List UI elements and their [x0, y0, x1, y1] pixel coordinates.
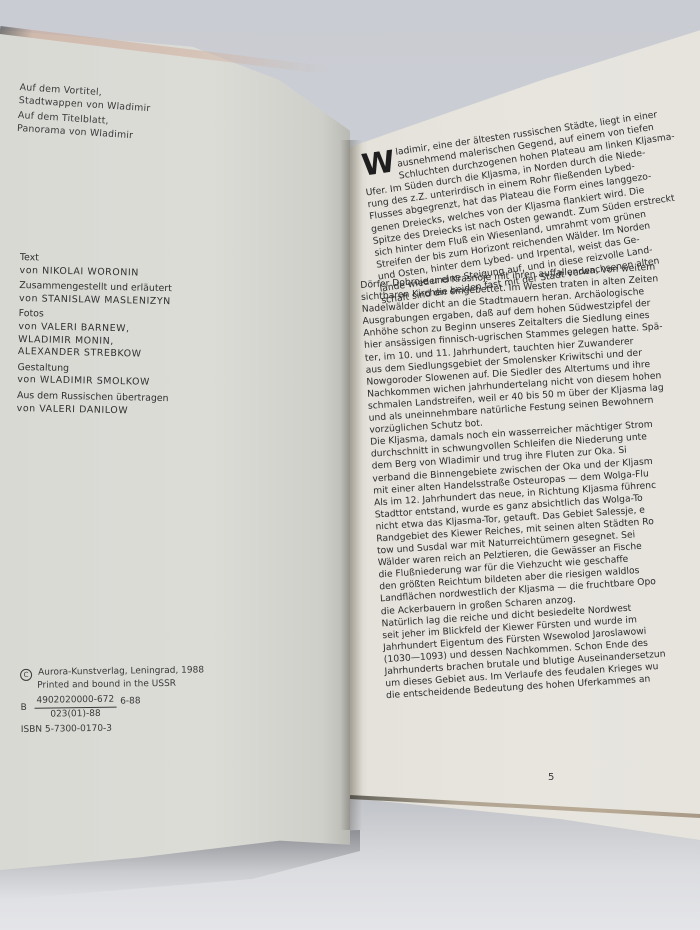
bbk-denominator: 023(01)-88	[50, 708, 101, 721]
credit-design: Gestaltung von WLADIMIR SMOLKOW	[17, 362, 337, 394]
bbk-suffix: 6-88	[120, 696, 141, 708]
bbk-prefix: B	[20, 703, 32, 715]
bbk-code: B 4902020000-672 023(01)-88 6-88	[20, 691, 320, 721]
credits-list: Text von NIKOLAI WORONIN Zusammengestell…	[17, 252, 340, 425]
paragraph-2: Die Kljasma, damals noch ein wasserreich…	[370, 414, 700, 618]
right-page-text-lower: Dörfer Dobroje und Krasnoje mit ihren au…	[360, 257, 700, 702]
publisher-text: Aurora-Kunstverlag, Leningrad, 1988	[38, 665, 204, 679]
imprint: C Aurora-Kunstverlag, Leningrad, 1988 Pr…	[20, 664, 321, 736]
bbk-numerator: 4902020000-672	[34, 694, 116, 709]
paragraph-1-continued: Dörfer Dobroje und Krasnoje mit ihren au…	[360, 257, 700, 437]
credit-photos: Fotos von VALERI BARNEW, WLADIMIR MONIN,…	[18, 308, 339, 365]
left-page-content: Auf dem Vortitel, Stadtwappen von Wladim…	[20, 82, 340, 135]
book-photo-scene: Auf dem Vortitel, Stadtwappen von Wladim…	[0, 0, 700, 930]
page-number: 5	[548, 772, 554, 783]
credit-text: Text von NIKOLAI WORONIN	[19, 252, 339, 284]
drop-cap: W	[360, 150, 394, 180]
left-page	[0, 30, 350, 870]
spine-gutter	[340, 140, 362, 830]
credit-translation: Aus dem Russischen übertragen von VALERI…	[17, 390, 337, 422]
credit-compiled: Zusammengestellt und erläutert von STANI…	[19, 280, 339, 312]
copyright-icon: C	[20, 669, 32, 681]
bbk-fraction: 4902020000-672 023(01)-88	[34, 694, 116, 721]
